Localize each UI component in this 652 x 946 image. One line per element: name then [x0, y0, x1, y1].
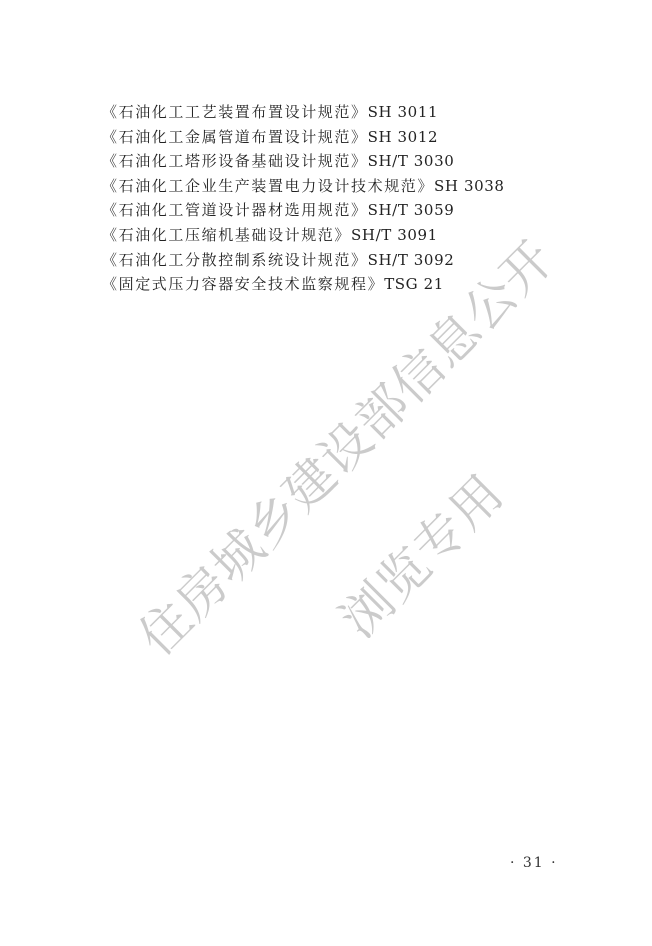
reference-code: SH/T 3030 [368, 152, 455, 170]
reference-title: 《石油化工金属管道布置设计规范》 [102, 128, 368, 146]
reference-code: TSG 21 [384, 275, 444, 293]
reference-item: 《石油化工压缩机基础设计规范》SH/T 3091 [102, 223, 505, 248]
reference-title: 《固定式压力容器安全技术监察规程》 [102, 275, 384, 293]
reference-title: 《石油化工管道设计器材选用规范》 [102, 201, 368, 219]
reference-code: SH 3038 [434, 177, 505, 195]
reference-item: 《石油化工企业生产装置电力设计技术规范》SH 3038 [102, 174, 505, 199]
reference-title: 《石油化工工艺装置布置设计规范》 [102, 103, 368, 121]
reference-title: 《石油化工压缩机基础设计规范》 [102, 226, 351, 244]
reference-code: SH 3011 [368, 103, 439, 121]
reference-item: 《固定式压力容器安全技术监察规程》TSG 21 [102, 272, 505, 297]
document-page: 《石油化工工艺装置布置设计规范》SH 3011 《石油化工金属管道布置设计规范》… [0, 0, 652, 946]
reference-item: 《石油化工塔形设备基础设计规范》SH/T 3030 [102, 149, 505, 174]
reference-code: SH/T 3092 [368, 251, 455, 269]
reference-item: 《石油化工金属管道布置设计规范》SH 3012 [102, 125, 505, 150]
reference-item: 《石油化工管道设计器材选用规范》SH/T 3059 [102, 198, 505, 223]
reference-title: 《石油化工塔形设备基础设计规范》 [102, 152, 368, 170]
reference-title: 《石油化工企业生产装置电力设计技术规范》 [102, 177, 434, 195]
reference-item: 《石油化工工艺装置布置设计规范》SH 3011 [102, 100, 505, 125]
reference-code: SH/T 3059 [368, 201, 455, 219]
reference-list: 《石油化工工艺装置布置设计规范》SH 3011 《石油化工金属管道布置设计规范》… [102, 100, 505, 297]
reference-title: 《石油化工分散控制系统设计规范》 [102, 251, 368, 269]
reference-code: SH 3012 [368, 128, 439, 146]
reference-code: SH/T 3091 [351, 226, 438, 244]
watermark-line-2: 浏览专用 [322, 456, 517, 651]
reference-item: 《石油化工分散控制系统设计规范》SH/T 3092 [102, 248, 505, 273]
page-number: · 31 · [510, 855, 558, 871]
